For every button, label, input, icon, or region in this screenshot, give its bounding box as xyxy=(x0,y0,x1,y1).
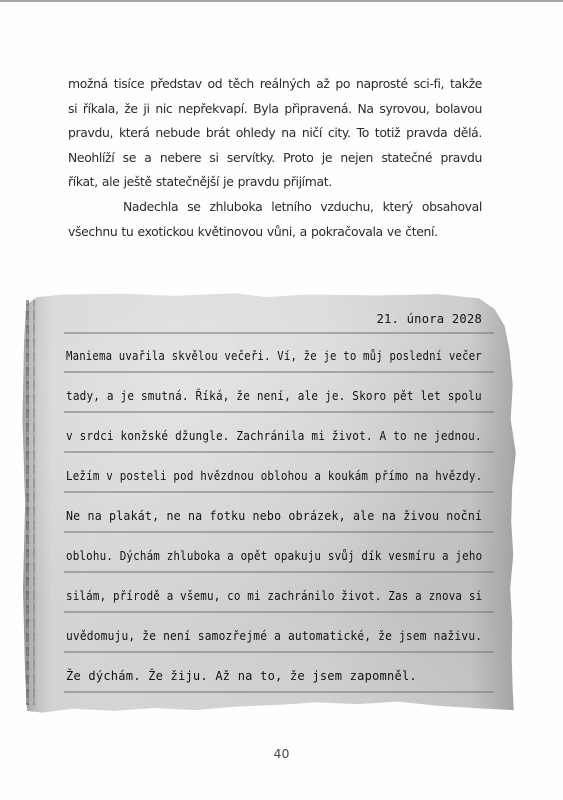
prose-line: si říkala, že ji nic nepřekvapí. Byla př… xyxy=(68,97,482,122)
prose-line: říkat, ale ještě statečnější je pravdu p… xyxy=(68,170,482,195)
prose-line: možná tisíce představ od těch reálných a… xyxy=(68,72,482,97)
ruled-line xyxy=(64,651,494,653)
diary-line: Že dýchám. Že žiju. Až na to, že jsem za… xyxy=(66,669,482,683)
page-top-rule xyxy=(0,0,563,2)
ruled-line xyxy=(64,491,494,493)
ruled-line xyxy=(64,411,494,413)
ruled-line xyxy=(64,371,494,373)
diary-line: Ležím v posteli pod hvězdnou oblohou a k… xyxy=(66,469,440,483)
diary-line: tady, a je smutná. Říká, že není, ale je… xyxy=(66,389,446,403)
ruled-line xyxy=(64,691,494,693)
prose-line-paragraph-start: Nadechla se zhluboka letního vzduchu, kt… xyxy=(68,195,482,220)
prose-line: pravdu, která nebude brát ohledy na ničí… xyxy=(68,121,482,146)
diary-line: oblohu. Dýchám zhluboka a opět opakuju s… xyxy=(66,549,440,563)
paper-worn-edge xyxy=(26,300,29,705)
diary-line: uvědomuju, že není samozřejmé a automati… xyxy=(66,629,453,643)
body-text: možná tisíce představ od těch reálných a… xyxy=(68,72,482,244)
diary-date: 21. února 2028 xyxy=(376,312,482,326)
ruled-line xyxy=(64,531,494,533)
diary-line: Ne na plakát, ne na fotku nebo obrázek, … xyxy=(66,509,466,523)
prose-line: Neohlíží se a nebere si servítky. Proto … xyxy=(68,146,482,171)
diary-line: v srdci konžské džungle. Zachránila mi ž… xyxy=(66,429,446,443)
ruled-line xyxy=(64,611,494,613)
ruled-line xyxy=(64,332,494,334)
diary-line: silám, přírodě a všemu, co mi zachránilo… xyxy=(66,589,440,603)
diary-line: Maniema uvařila skvělou večeři. Ví, že j… xyxy=(66,349,434,363)
ruled-line xyxy=(64,451,494,453)
paper-worn-edge xyxy=(33,300,35,705)
prose-line: všechnu tu exotickou květinovou vůni, a … xyxy=(68,220,482,245)
page-number: 40 xyxy=(0,746,563,761)
ruled-line xyxy=(64,571,494,573)
